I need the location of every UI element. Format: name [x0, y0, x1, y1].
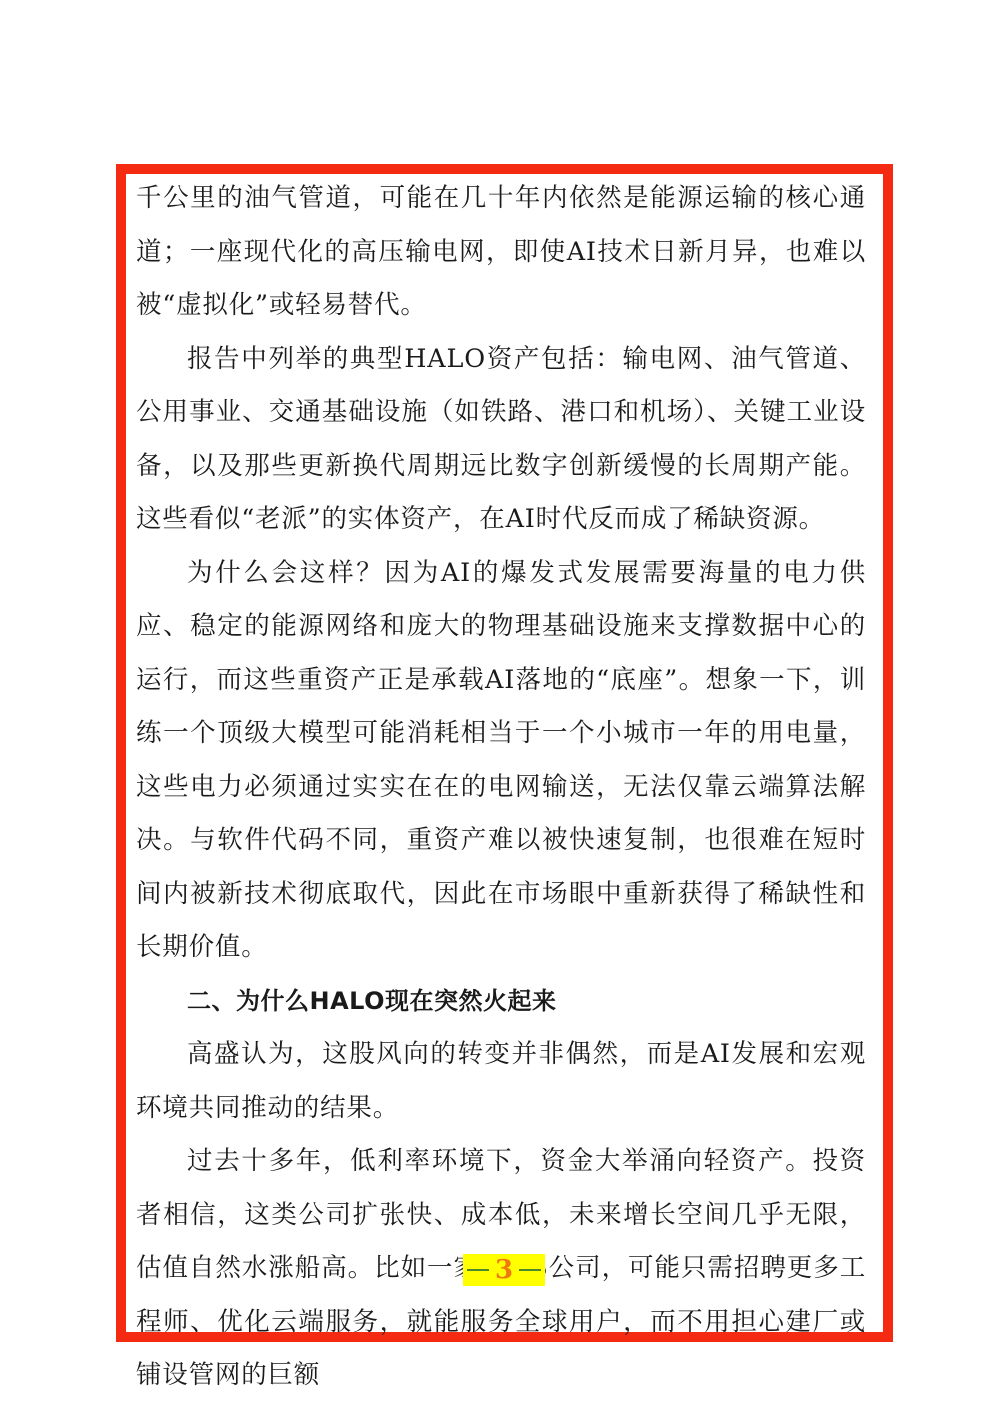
page-number-badge: 3 [463, 1254, 545, 1286]
paragraph-why: 为什么会这样？因为AI的爆发式发展需要海量的电力供应、稳定的能源网络和庞大的物理… [136, 547, 866, 975]
document-body: 千公里的油气管道，可能在几十年内依然是能源运输的核心通道；一座现代化的高压输电网… [136, 172, 866, 1403]
page-number: 3 [495, 1254, 513, 1286]
paragraph-continued: 千公里的油气管道，可能在几十年内依然是能源运输的核心通道；一座现代化的高压输电网… [136, 172, 866, 333]
paragraph-goldman-view: 高盛认为，这股风向的转变并非偶然，而是AI发展和宏观环境共同推动的结果。 [136, 1028, 866, 1135]
paragraph-halo-assets: 报告中列举的典型HALO资产包括：输电网、油气管道、公用事业、交通基础设施（如铁… [136, 333, 866, 547]
dash-right-icon [519, 1269, 541, 1271]
dash-left-icon [467, 1269, 489, 1271]
section-heading: 二、为什么HALO现在突然火起来 [136, 975, 866, 1029]
